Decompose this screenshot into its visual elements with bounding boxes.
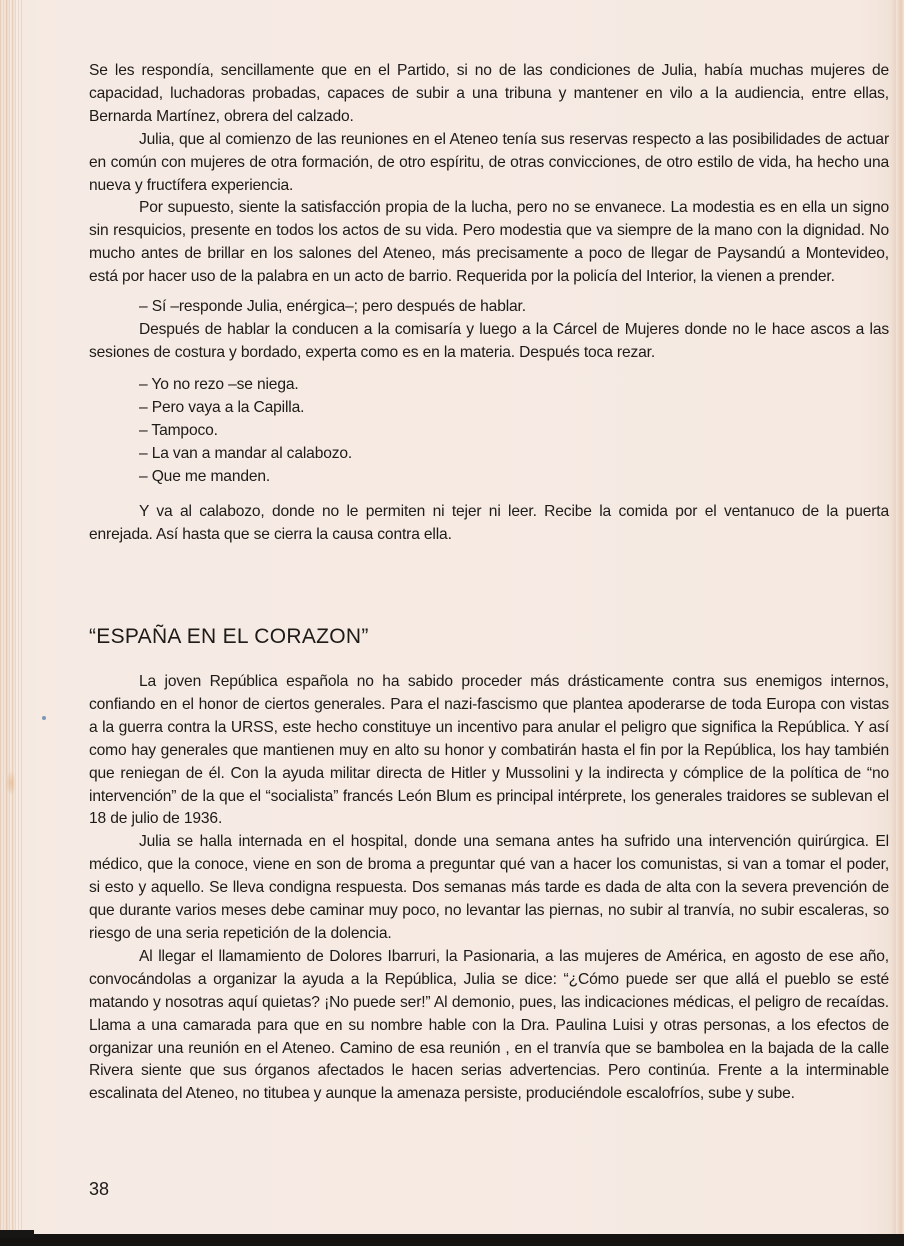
section-heading: “ESPAÑA EN EL CORAZON” [89,625,369,649]
section-2-text: La joven República española no ha sabido… [89,671,889,1106]
paragraph: Por supuesto, siente la satisfacción pro… [89,197,889,289]
paragraph: Al llegar el llamamiento de Dolores Ibar… [89,946,889,1106]
dialog-line: – Que me manden. [89,465,889,488]
dialog-line: – Yo no rezo –se niega. [89,373,889,396]
section-1-text: Se les respondía, sencillamente que en e… [89,60,889,547]
page-number: 38 [89,1179,109,1200]
paragraph: Se les respondía, sencillamente que en e… [89,60,889,129]
dialog-line: – Tampoco. [89,419,889,442]
ink-speck [42,716,46,720]
paragraph: La joven República española no ha sabido… [89,671,889,831]
paper-stain [6,770,16,796]
dialog-line: – Pero vaya a la Capilla. [89,396,889,419]
paragraph: Julia se halla internada en el hospital,… [89,831,889,946]
paragraph: Julia, que al comienzo de las reuniones … [89,129,889,198]
page-edges [0,0,22,1236]
paragraph: Y va al calabozo, donde no le permiten n… [89,501,889,547]
scan-border [0,1234,904,1246]
book-page: Se les respondía, sencillamente que en e… [0,0,904,1236]
dialog-line: – Sí –responde Julia, enérgica–; pero de… [89,296,889,319]
dialog-list: – Yo no rezo –se niega. – Pero vaya a la… [89,373,889,488]
paragraph: Después de hablar la conducen a la comis… [89,319,889,365]
dialog-line: – La van a mandar al calabozo. [89,442,889,465]
page-right-edge [896,0,904,1236]
